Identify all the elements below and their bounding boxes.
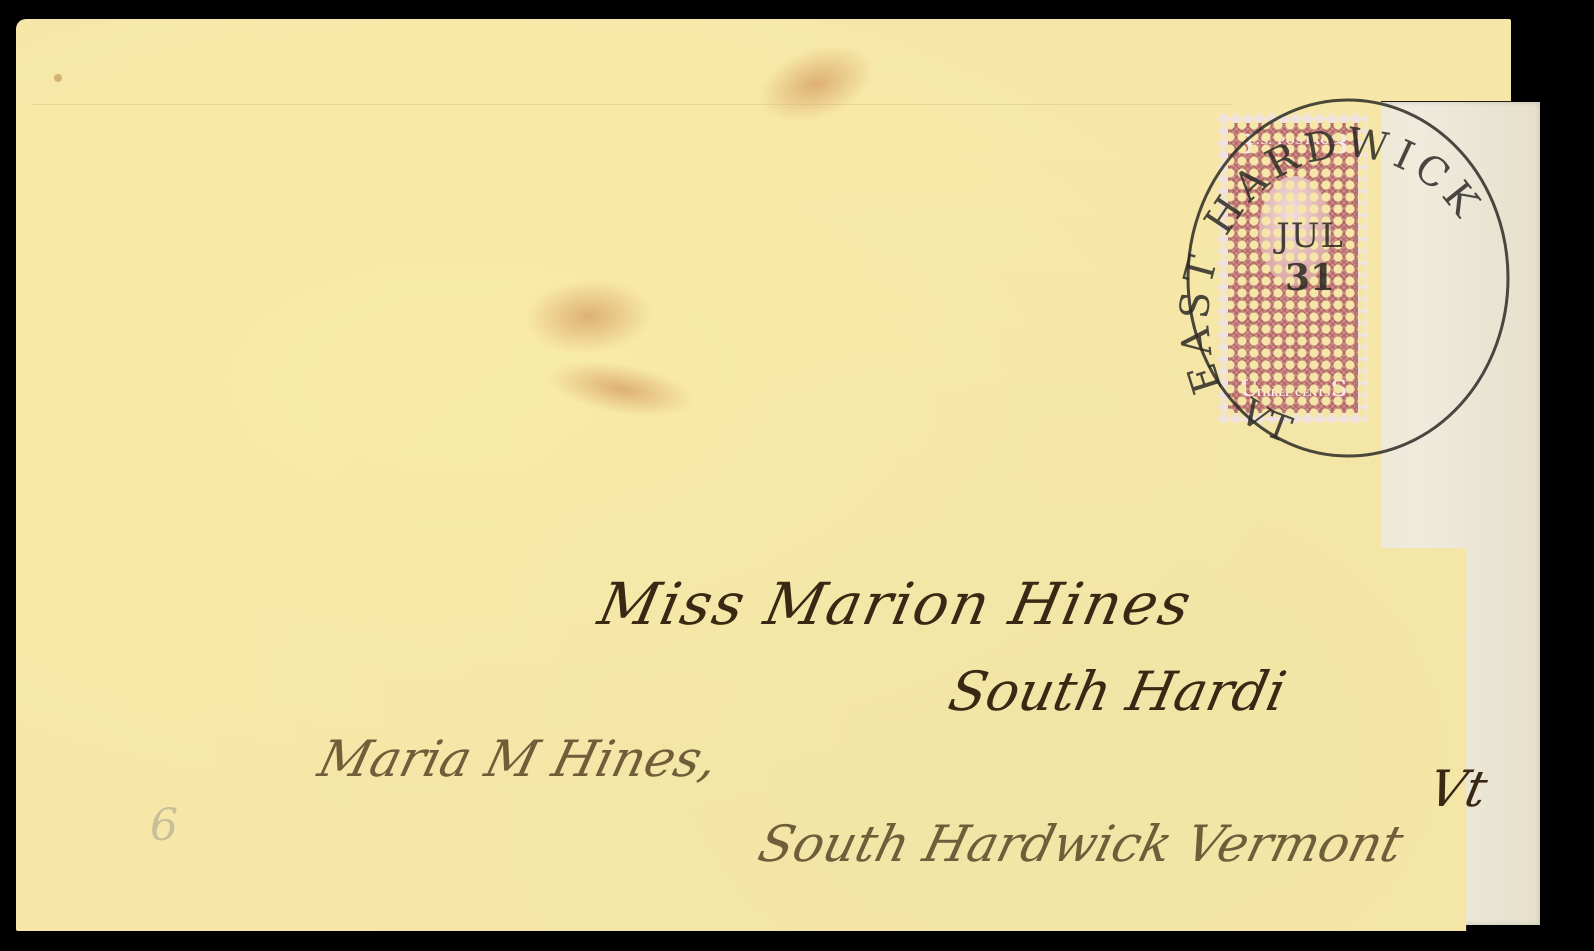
stamp-letter-u: U bbox=[1239, 376, 1258, 402]
stain bbox=[748, 31, 885, 138]
address-line-town-docket: South Hardwick Vermont bbox=[753, 815, 1409, 873]
envelope-fold-line bbox=[32, 104, 1232, 105]
stain bbox=[522, 275, 657, 359]
postmark-day: 31 bbox=[1265, 257, 1355, 299]
foxing-spot bbox=[54, 74, 62, 82]
pencil-mark: 6 bbox=[150, 800, 178, 851]
stamp-top-text: U.S. POSTAGE bbox=[1231, 136, 1355, 147]
address-line-recipient: Miss Marion Hines bbox=[593, 570, 1199, 638]
address-line-docket: Maria M Hines, bbox=[313, 730, 724, 788]
stamp-letter-s: S bbox=[1331, 376, 1347, 402]
stain bbox=[543, 351, 699, 426]
postmark-month: JUL bbox=[1265, 215, 1355, 257]
postmark-date: JUL 31 bbox=[1265, 215, 1355, 299]
address-line-town: South Hardi bbox=[943, 660, 1291, 723]
